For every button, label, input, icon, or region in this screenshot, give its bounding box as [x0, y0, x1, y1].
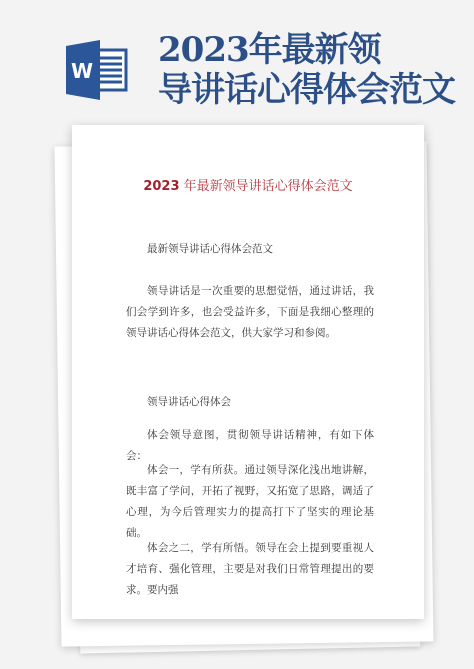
header-title: 2023年最新领 导讲话心得体会范文 [158, 30, 455, 110]
document-title-text: 年最新领导讲话心得体会范文 [180, 179, 353, 194]
doc-section-heading: 领导讲话心得体会 [126, 392, 374, 413]
header: W 2023年最新领 导讲话心得体会范文 [0, 0, 474, 125]
header-title-line2: 导讲话心得体会范文 [158, 70, 455, 110]
document-page: 2023 年最新领导讲话心得体会范文 最新领导讲话心得体会范文 领导讲话是一次重… [72, 125, 424, 619]
doc-paragraph-intro: 领导讲话是一次重要的思想觉悟，通过讲话，我们会学到许多，也会受益许多，下面是我细… [126, 281, 374, 344]
doc-paragraph: 体会一，学有所获。通过领导深化浅出地讲解，既丰富了学问，开拓了视野，又拓宽了思路… [126, 460, 374, 544]
document-title-year: 2023 [143, 179, 179, 194]
document-title: 2023 年最新领导讲话心得体会范文 [72, 175, 424, 194]
word-document-icon: W [66, 40, 128, 100]
doc-subtitle: 最新领导讲话心得体会范文 [126, 239, 374, 260]
header-title-line1: 2023年最新领 [158, 30, 455, 70]
doc-paragraph: 体会之二，学有所悟。领导在会上提到要重视人才培育、强化管理，主要是对我们日常管理… [126, 538, 374, 601]
svg-text:W: W [71, 59, 93, 83]
